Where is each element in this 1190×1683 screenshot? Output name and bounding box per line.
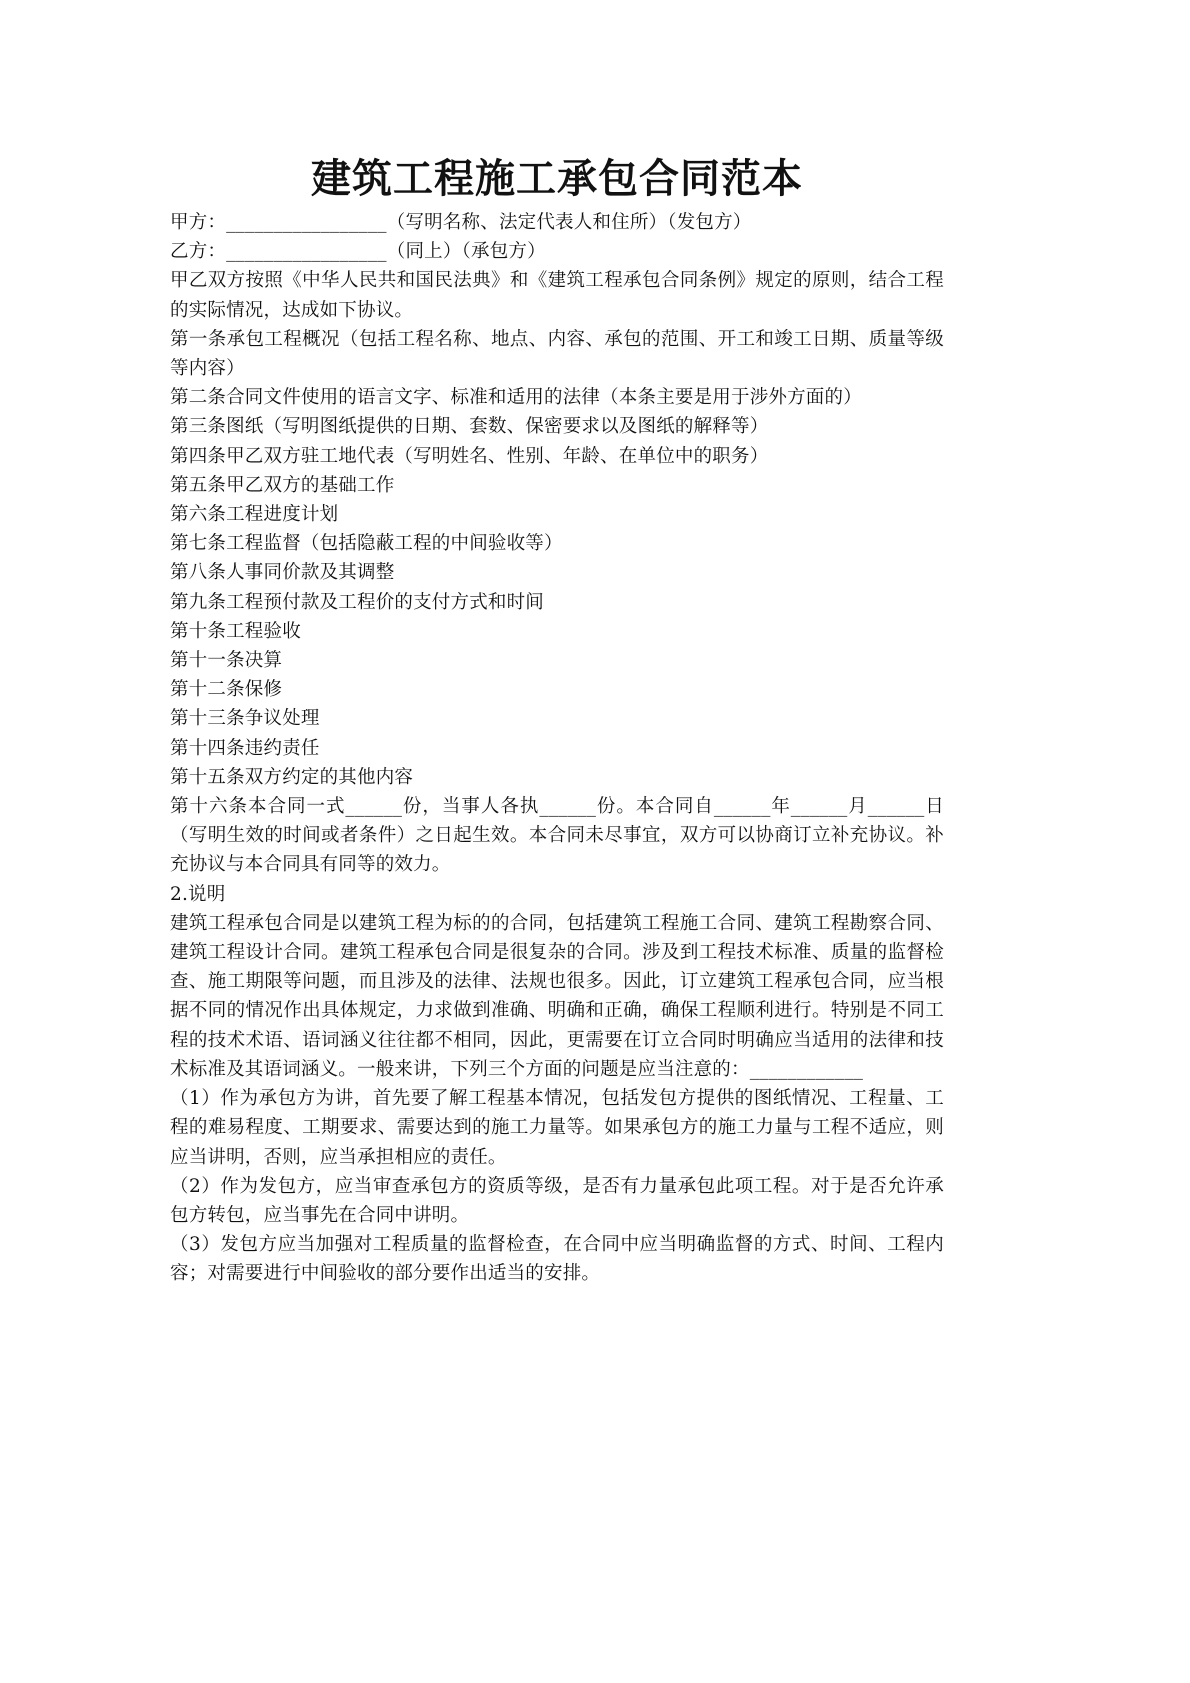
- article-11: 第十一条决算: [170, 646, 944, 675]
- article-9: 第九条工程预付款及工程价的支付方式和时间: [170, 588, 944, 617]
- article-2: 第二条合同文件使用的语言文字、标准和适用的法律（本条主要是用于涉外方面的）: [170, 383, 944, 412]
- article-7: 第七条工程监督（包括隐蔽工程的中间验收等）: [170, 529, 944, 558]
- article-8: 第八条人事同价款及其调整: [170, 558, 944, 587]
- article-13: 第十三条争议处理: [170, 704, 944, 733]
- article-3: 第三条图纸（写明图纸提供的日期、套数、保密要求以及图纸的解释等）: [170, 412, 944, 441]
- article-10: 第十条工程验收: [170, 617, 944, 646]
- section-heading-explanation: 2.说明: [170, 880, 944, 909]
- note-1: （1）作为承包方为讲，首先要了解工程基本情况，包括发包方提供的图纸情况、工程量、…: [170, 1084, 944, 1172]
- note-3: （3）发包方应当加强对工程质量的监督检查，在合同中应当明确监督的方式、时间、工程…: [170, 1230, 944, 1288]
- article-15: 第十五条双方约定的其他内容: [170, 763, 944, 792]
- article-1: 第一条承包工程概况（包括工程名称、地点、内容、承包的范围、开工和竣工日期、质量等…: [170, 325, 944, 383]
- party-a-line: 甲方：_________________（写明名称、法定代表人和住所）（发包方）: [170, 208, 944, 237]
- article-6: 第六条工程进度计划: [170, 500, 944, 529]
- article-16: 第十六条本合同一式______份，当事人各执______份。本合同自______…: [170, 792, 944, 880]
- document-title: 建筑工程施工承包合同范本: [170, 150, 944, 208]
- article-4: 第四条甲乙双方驻工地代表（写明姓名、性别、年龄、在单位中的职务）: [170, 442, 944, 471]
- explanation-body: 建筑工程承包合同是以建筑工程为标的的合同，包括建筑工程施工合同、建筑工程勘察合同…: [170, 909, 944, 1084]
- article-14: 第十四条违约责任: [170, 734, 944, 763]
- note-2: （2）作为发包方，应当审查承包方的资质等级，是否有力量承包此项工程。对于是否允许…: [170, 1172, 944, 1230]
- preamble: 甲乙双方按照《中华人民共和国民法典》和《建筑工程承包合同条例》规定的原则，结合工…: [170, 266, 944, 324]
- article-5: 第五条甲乙双方的基础工作: [170, 471, 944, 500]
- document-page: 建筑工程施工承包合同范本 甲方：_________________（写明名称、法…: [170, 150, 944, 1289]
- article-12: 第十二条保修: [170, 675, 944, 704]
- party-b-line: 乙方：_________________（同上）（承包方）: [170, 237, 944, 266]
